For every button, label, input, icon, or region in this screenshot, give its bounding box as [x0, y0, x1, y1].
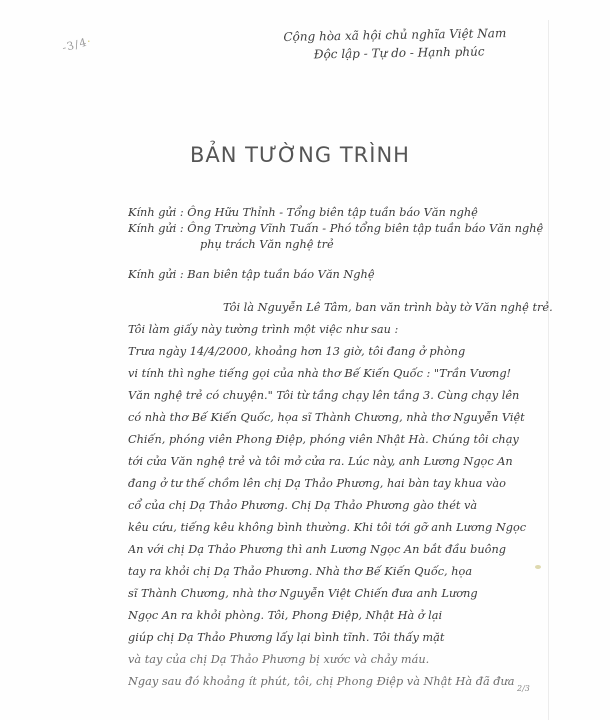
recipient-line: Kính gửi : Ban biên tập tuần báo Văn Ngh…: [128, 267, 560, 283]
body-line: đang ở tư thế chồm lên chị Dạ Thảo Phươn…: [128, 473, 560, 495]
intro-line: Tôi là Nguyễn Lê Tâm, ban văn trình bày …: [128, 297, 560, 319]
margin-scribble: -3/4·: [61, 35, 93, 55]
body-line: An với chị Dạ Thảo Phương thì anh Lương …: [128, 539, 560, 561]
body-line: tay ra khỏi chị Dạ Thảo Phương. Nhà thơ …: [128, 561, 560, 583]
document-title: BẢN TƯỜNG TRÌNH: [190, 143, 410, 167]
recipient-line: phụ trách Văn nghệ trẻ: [128, 237, 560, 253]
page-number: 2/3: [517, 684, 530, 693]
body-line: Trưa ngày 14/4/2000, khoảng hơn 13 giờ, …: [128, 341, 560, 363]
document-body: Kính gửi : Ông Hữu Thỉnh - Tổng biên tập…: [128, 205, 560, 693]
recipient-line: Kính gửi : Ông Hữu Thỉnh - Tổng biên tập…: [128, 205, 560, 221]
scanned-document-page: -3/4· Cộng hòa xã hội chủ nghĩa Việt Nam…: [0, 0, 610, 720]
body-line: cổ của chị Dạ Thảo Phương. Chị Dạ Thảo P…: [128, 495, 560, 517]
ink-stain: [535, 565, 541, 569]
scribble-text: -3/4: [61, 36, 89, 55]
body-line: tới cửa Văn nghệ trẻ và tôi mở cửa ra. L…: [128, 451, 560, 473]
body-line: và tay của chị Dạ Thảo Phương bị xước và…: [128, 649, 560, 671]
recipient-line: Kính gửi : Ông Trường Vĩnh Tuấn - Phó tổ…: [128, 221, 560, 237]
body-line: kêu cứu, tiếng kêu không bình thường. Kh…: [128, 517, 560, 539]
body-line: Ngay sau đó khoảng ít phút, tôi, chị Pho…: [128, 671, 560, 693]
national-header: Cộng hòa xã hội chủ nghĩa Việt Nam Độc l…: [245, 23, 546, 64]
body-line: vi tính thì nghe tiếng gọi của nhà thơ B…: [128, 363, 560, 385]
body-line: có nhà thơ Bế Kiến Quốc, họa sĩ Thành Ch…: [128, 407, 560, 429]
body-line: Ngọc An ra khỏi phòng. Tôi, Phong Điệp, …: [128, 605, 560, 627]
body-line: giúp chị Dạ Thảo Phương lấy lại bình tĩn…: [128, 627, 560, 649]
body-line: sĩ Thành Chương, nhà thơ Nguyễn Việt Chi…: [128, 583, 560, 605]
body-line: Văn nghệ trẻ có chuyện." Tôi từ tầng chạ…: [128, 385, 560, 407]
body-line: Chiến, phóng viên Phong Điệp, phóng viên…: [128, 429, 560, 451]
intro-line: Tôi làm giấy này tường trình một việc nh…: [128, 319, 560, 341]
